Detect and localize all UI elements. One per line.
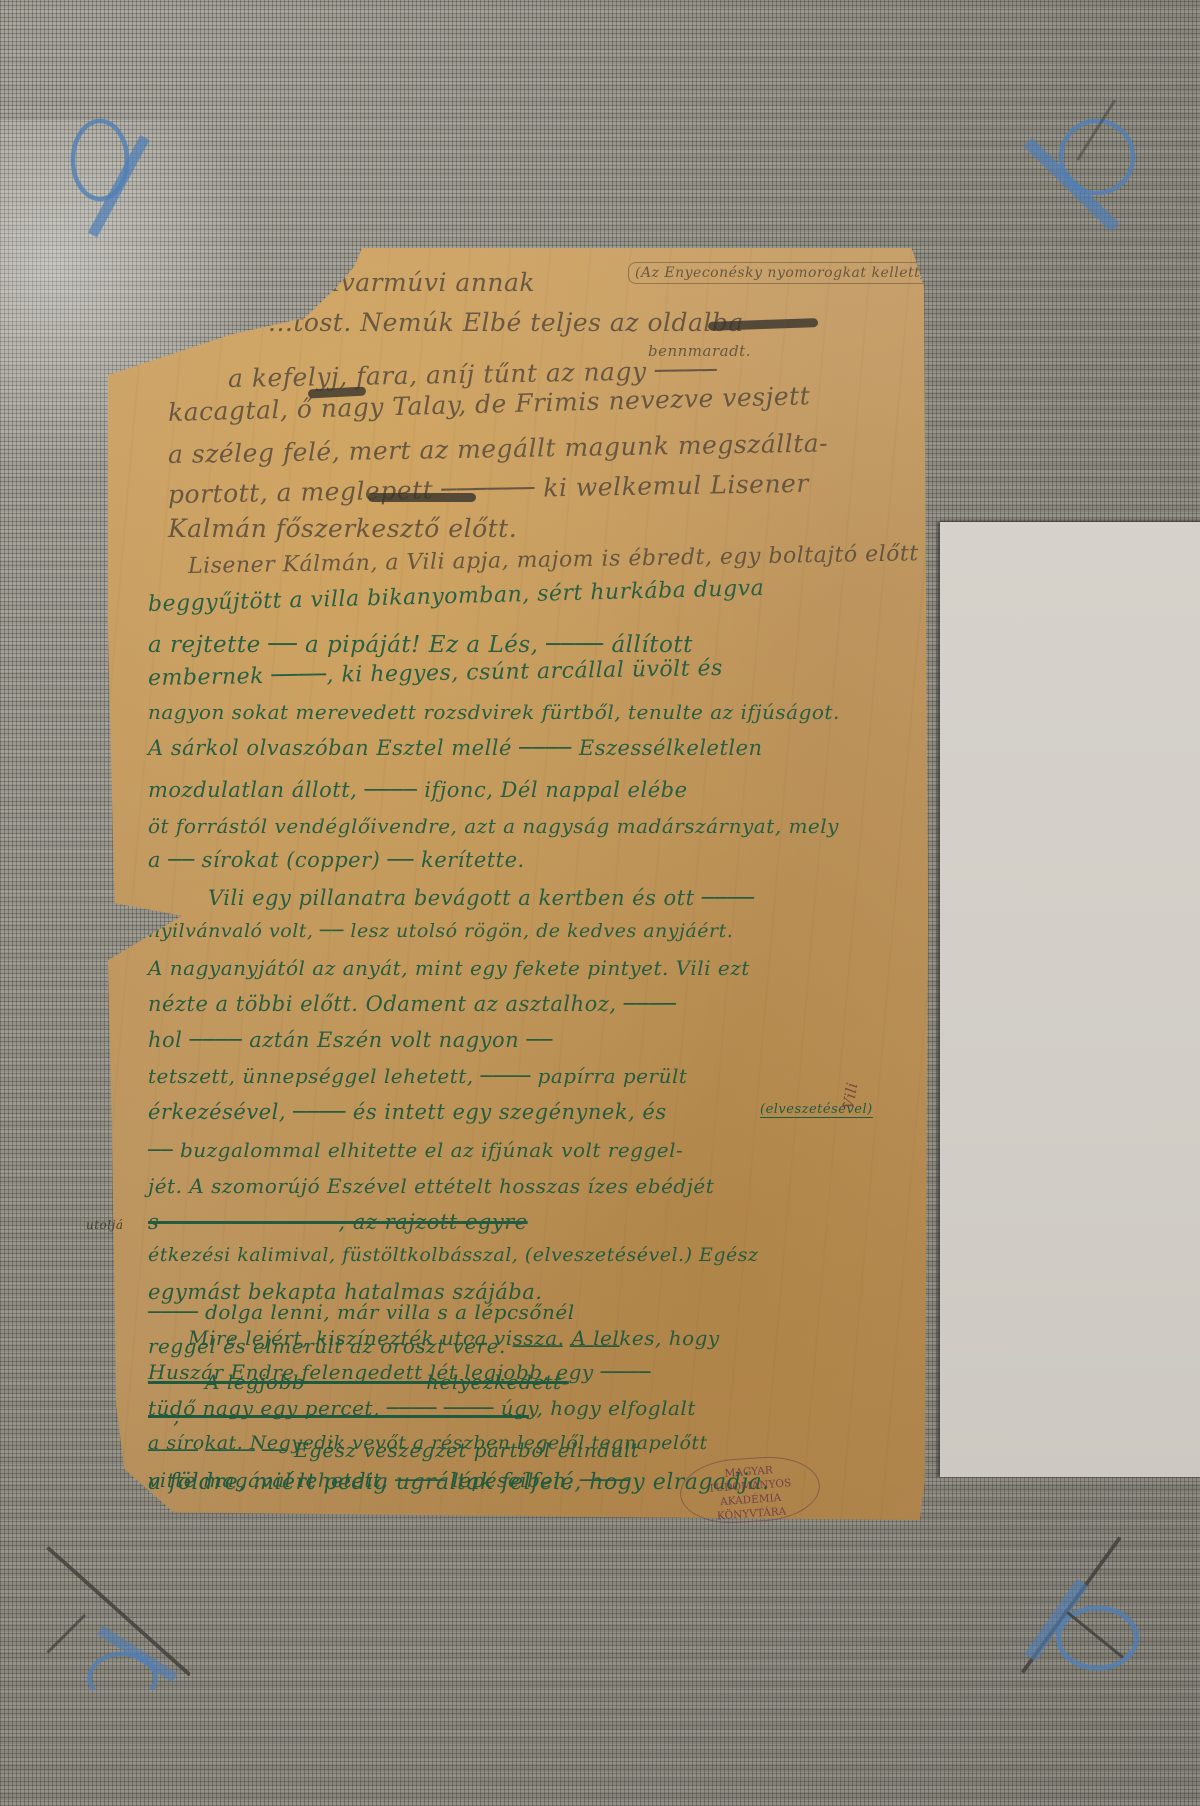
blank-card — [940, 522, 1200, 1477]
manuscript-line: ...salvarmúvi annak — [278, 268, 535, 297]
registration-mark-icon — [1010, 100, 1160, 250]
manuscript-line-final: a földre, miért pedig ugráltak felfelé, … — [148, 1470, 770, 1495]
corner-mark-bottom-right — [1000, 1530, 1150, 1680]
manuscript-line: ──── ──── ── Egész veszegzet pártból eli… — [148, 1438, 639, 1462]
registration-mark-icon — [1000, 1530, 1150, 1680]
manuscript-line: portott, a meglepett ────── ki welkemul … — [168, 469, 809, 509]
manuscript-line: s ──── ──── ────, az rajzott egyre — [148, 1210, 528, 1234]
manuscript-line: Vili egy pillanatra bevágott a kertben é… — [208, 886, 754, 910]
manuscript-line: ──── dolga lenni, már villa s a lépcsőné… — [148, 1300, 575, 1324]
manuscript-line: tetszett, ünnepséggel lehetett, ──── pap… — [148, 1064, 687, 1088]
manuscript-line: ── buzgalommal elhitette el az ifjúnak v… — [148, 1138, 683, 1162]
manuscript-line: öt forrástól vendéglőivendre, azt a nagy… — [148, 814, 839, 838]
manuscript-line: mozdulatlan állott, ──── ifjonc, Dél nap… — [148, 778, 688, 802]
corner-mark-bottom-left — [40, 1540, 190, 1690]
registration-mark-icon — [40, 100, 190, 250]
pencil-scribble — [368, 493, 476, 502]
manuscript-line: reggel és elmerült az oroszt vére. ──── … — [148, 1334, 620, 1358]
manuscript-line: a rejtette ── a pipáját! Ez a Lés, ──── … — [148, 632, 693, 658]
manuscript-line: Kalmán főszerkesztő előtt. — [168, 514, 517, 543]
manuscript-line: a széleg felé, mert az megállt magunk me… — [168, 428, 829, 469]
manuscript-line: hol ──── aztán Eszén volt nagyon ── — [148, 1028, 553, 1052]
manuscript-line: ...tost. Nemúk Elbé teljes az oldalba — [268, 308, 744, 337]
manuscript-line: Lisener Kálmán, a Vili apja, majom is éb… — [188, 541, 919, 579]
manuscript-line: nagyon sokat merevedett rozsdvirek fürtb… — [148, 700, 840, 724]
manuscript-line: étkezési kalimival, füstöltkolbásszal, (… — [148, 1244, 759, 1266]
corner-mark-top-right — [1010, 100, 1160, 250]
manuscript-line: ──── A legjobb ──── ──── helyezkedett- — [148, 1370, 569, 1394]
margin-note-left: utoljá — [86, 1218, 124, 1232]
manuscript-line: nézte a többi előtt. Odament az asztalho… — [148, 992, 676, 1016]
manuscript-line: ──, ── ──── ──── ──── ──── ──── ── — [148, 1404, 529, 1428]
manuscript-line: embernek ────, ki hegyes, csúnt arcállal… — [148, 656, 723, 691]
manuscript-line: a ── sírokat (copper) ── kerítette. — [148, 848, 525, 872]
corner-mark-top-left — [40, 100, 190, 250]
top-right-note: (Az Enyeconésky nyomorogkat kellett) — [628, 262, 933, 284]
manuscript-line: nyilvánvaló volt, ── lesz utolsó rögön, … — [148, 920, 733, 942]
registration-mark-icon — [40, 1540, 190, 1690]
manuscript-line: A sárkol olvaszóban Esztel mellé ──── Es… — [148, 736, 763, 760]
manuscript-line: érkezésével, ──── és intett egy szegényn… — [148, 1100, 667, 1124]
manuscript-line: jét. A szomorújó Eszével ettételt hossza… — [148, 1174, 714, 1198]
manuscript-line: beggyűjtött a villa bikanyomban, sért hu… — [148, 576, 765, 617]
manuscript-line: A nagyanyjától az anyát, mint egy fekete… — [148, 956, 750, 980]
